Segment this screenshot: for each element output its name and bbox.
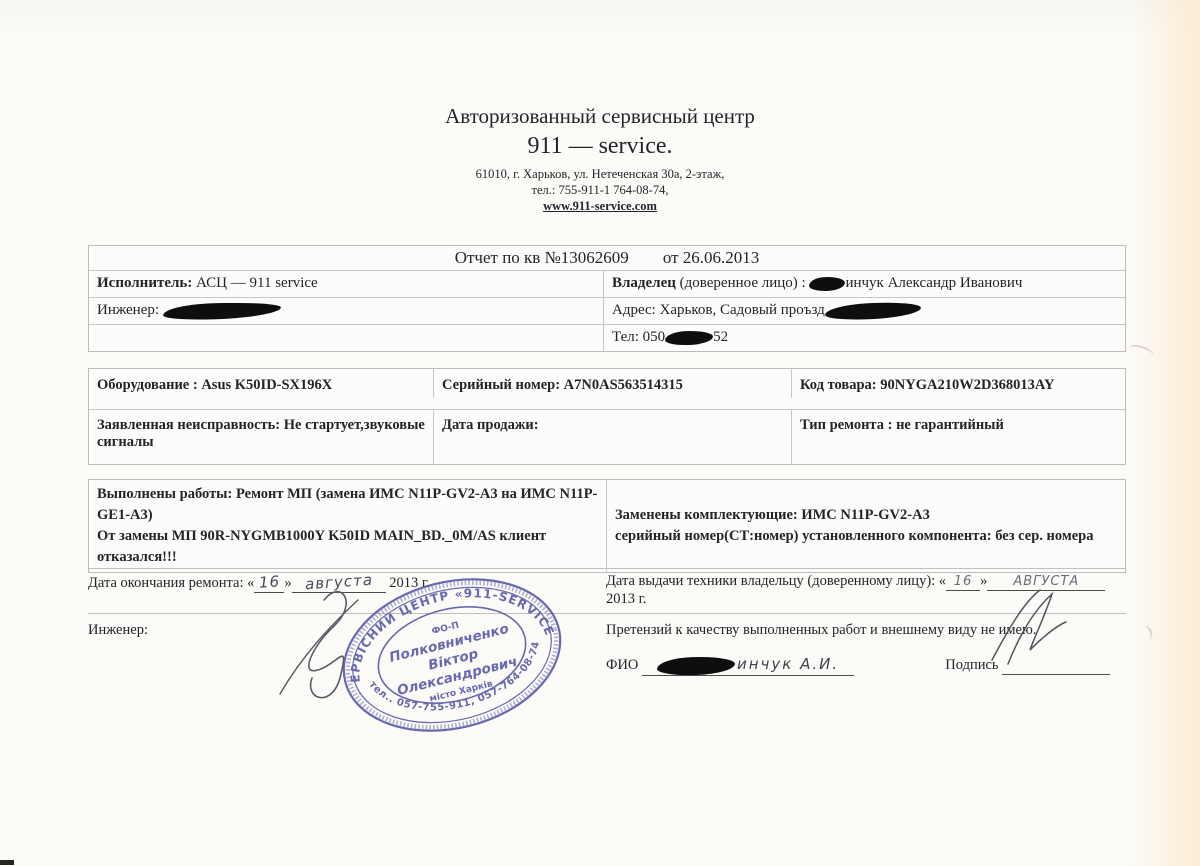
redaction-blob xyxy=(665,330,713,346)
owner-label-rest: (доверенное лицо) : xyxy=(680,275,806,291)
table-row: Исполнитель: АСЦ — 911 service Владелец … xyxy=(89,270,1125,297)
redaction-blob xyxy=(809,276,845,291)
report-date: от 26.06.2013 xyxy=(663,248,759,268)
table-row: Инженер: Адрес: Харьков, Садовый проъзд xyxy=(89,297,1125,324)
engineer-signature xyxy=(262,582,392,707)
address-cell: Адрес: Харьков, Садовый проъзд xyxy=(603,298,1125,324)
fault-cell: Заявленная неисправность: Не стартует,зв… xyxy=(89,410,433,464)
scanned-service-report: Авторизованный сервисный центр 911 — ser… xyxy=(0,0,1200,866)
redaction-blob xyxy=(824,300,921,321)
table-row: Оборудование : Asus K50ID-SX196X Серийны… xyxy=(89,369,1125,409)
executor-label: Исполнитель: xyxy=(97,275,192,291)
phone-prefix: Тел: 050 xyxy=(612,329,665,345)
org-address: 61010, г. Харьков, ул. Нетеченская 30а, … xyxy=(0,167,1200,183)
table-row: Тел: 05052 xyxy=(89,324,1125,351)
scan-artifact xyxy=(1127,342,1155,361)
handover-year: 2013 г. xyxy=(606,591,647,607)
report-parties-table: Отчет по кв №13062609 от 26.06.2013 Испо… xyxy=(88,245,1126,352)
table-row: Заявленная неисправность: Не стартует,зв… xyxy=(89,409,1125,464)
redaction-blob xyxy=(163,301,281,321)
org-phones: тел.: 755-911-1 764-08-74, xyxy=(0,183,1200,199)
works-done-line1: Выполнены работы: Ремонт МП (замена ИМС … xyxy=(97,484,598,526)
executor-value: АСЦ — 911 service xyxy=(196,275,318,291)
address-value: Адрес: Харьков, Садовый проъзд xyxy=(612,302,825,318)
phone-cell: Тел: 05052 xyxy=(603,325,1125,351)
empty-cell xyxy=(89,325,603,351)
equipment-table: Оборудование : Asus K50ID-SX196X Серийны… xyxy=(88,368,1126,465)
owner-cell: Владелец (доверенное лицо) : инчук Алекс… xyxy=(603,271,1125,297)
redaction-blob xyxy=(657,655,736,676)
fio-value-handwritten: инчук А.И. xyxy=(737,655,839,673)
org-website-link: www.911-service.com xyxy=(0,199,1200,215)
device-cell: Оборудование : Asus K50ID-SX196X xyxy=(89,369,433,398)
owner-label: Владелец xyxy=(612,275,676,291)
owner-value: инчук Александр Иванович xyxy=(845,275,1022,291)
product-code-cell: Код товара: 90NYGA210W2D368013AY xyxy=(791,369,1125,398)
org-type: Авторизованный сервисный центр xyxy=(0,103,1200,129)
phone-suffix: 52 xyxy=(713,329,728,345)
replaced-parts-cell: Заменены комплектующие: ИМС N11P-GV2-A3 … xyxy=(606,480,1125,572)
org-name: 911 — service. xyxy=(0,131,1200,161)
report-number: Отчет по кв №13062609 xyxy=(455,248,629,268)
report-title-row: Отчет по кв №13062609 от 26.06.2013 xyxy=(89,246,1125,270)
replaced-line2: серийный номер(СТ:номер) установленного … xyxy=(615,526,1117,547)
letterhead: Авторизованный сервисный центр 911 — ser… xyxy=(0,103,1200,214)
engineer-cell: Инженер: xyxy=(89,298,603,324)
completion-label: Дата окончания ремонта: « xyxy=(88,575,254,591)
repair-type-cell: Тип ремонта : не гарантийный xyxy=(791,410,1125,464)
scan-artifact xyxy=(0,860,14,865)
fio-label: ФИО xyxy=(606,657,638,673)
owner-signature xyxy=(962,586,1077,676)
sale-date-cell: Дата продажи: xyxy=(433,410,791,464)
handover-label: Дата выдачи техники владельцу (доверенно… xyxy=(606,573,946,589)
executor-cell: Исполнитель: АСЦ — 911 service xyxy=(89,271,603,297)
works-table: Выполнены работы: Ремонт МП (замена ИМС … xyxy=(88,479,1126,573)
table-row: Выполнены работы: Ремонт МП (замена ИМС … xyxy=(89,480,1125,572)
replaced-line1: Заменены комплектующие: ИМС N11P-GV2-A3 xyxy=(615,505,1117,526)
engineer-label: Инженер: xyxy=(97,302,159,318)
serial-cell: Серийный номер: A7N0AS563514315 xyxy=(433,369,791,398)
scan-artifact xyxy=(1140,625,1154,642)
